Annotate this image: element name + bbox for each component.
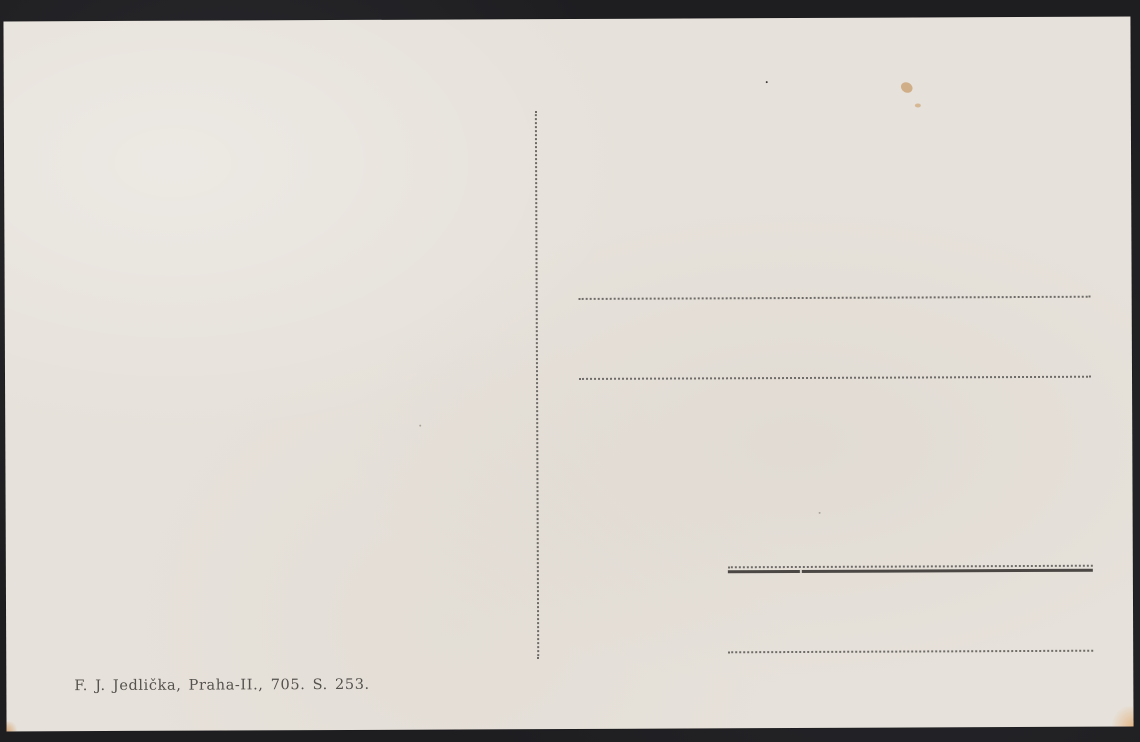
- corner-stain-bottom-left: [7, 721, 17, 731]
- address-line-3-dots: [728, 565, 1093, 569]
- age-stain: [899, 80, 914, 95]
- corner-stain: [1111, 707, 1133, 727]
- message-address-divider: [535, 111, 539, 659]
- paper-speck: [819, 512, 821, 514]
- ink-speck: [766, 81, 768, 83]
- publisher-imprint: F. J. Jedlička, Praha-II., 705. S. 253.: [74, 677, 369, 694]
- postcard-back: F. J. Jedlička, Praha-II., 705. S. 253.: [3, 17, 1133, 732]
- paper-speck: [419, 425, 421, 427]
- age-stain-small: [915, 103, 921, 107]
- address-line-1: [579, 296, 1091, 300]
- address-line-4: [728, 650, 1093, 654]
- address-line-2: [579, 376, 1091, 380]
- address-line-3-rule: [728, 569, 1093, 574]
